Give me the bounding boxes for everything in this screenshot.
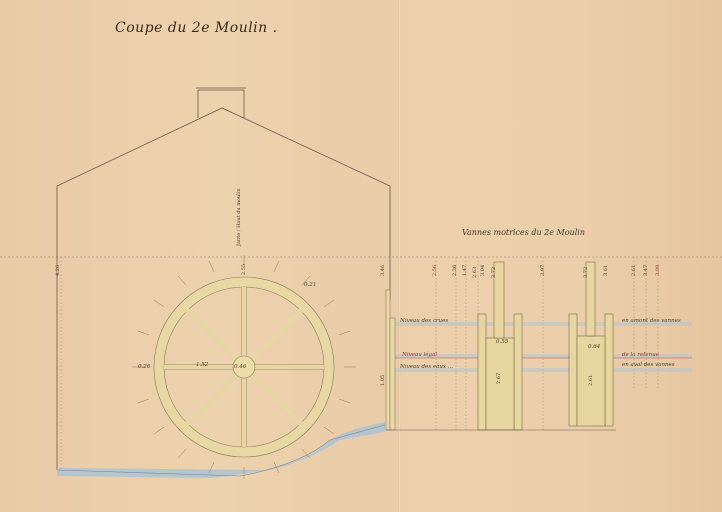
label-right-upstream: en amont des vannes [622,318,681,324]
top-tick-3: 2.63 [472,267,478,278]
rim-left-dim: 0.26 [138,364,150,370]
post-bottom-dim: 1.05 [380,375,386,386]
gate-1 [478,262,522,430]
top-tick-8: 3.47 [643,265,649,276]
hub-diameter: 0.46 [234,364,246,370]
left-wall-dim: 4.26 [55,265,61,276]
top-tick-1: 2.36 [452,265,458,276]
label-right-downstream: en aval des vannes [622,362,675,368]
wheel-top-dim: 2.55 [241,264,247,275]
drawing-sheet: Coupe du 2e Moulin . Vannes motrices du … [0,0,722,512]
mid-post-dim: 3.46 [380,265,386,276]
top-tick-0: 2.56 [432,265,438,276]
mill-building [57,88,390,470]
gate2-height-dim: 2.61 [588,375,594,386]
mill-section-drawing [0,0,722,512]
top-tick-9: 3.09 [655,265,661,276]
spoke-length: 1.52 [196,362,208,368]
gate2-top-dim: 3.72 [583,267,589,278]
label-legal: Niveau légal [402,352,437,358]
top-tick-7: 2.61 [631,265,637,276]
label-etiage: Niveau des eaux ... [400,364,453,370]
wheel-vertical-note: Jante / Haut du moulin [236,188,242,246]
gate2-inner-dim: 0.64 [588,344,600,350]
top-tick-2: 1.47 [462,265,468,276]
gate1-height-dim: 2.67 [496,373,502,384]
left-post [386,290,395,430]
gate1-top-dim: 3.72 [491,267,497,278]
diag-dim: 0.21 [304,282,316,288]
top-tick-6: 3.61 [603,265,609,276]
label-crue: Niveau des crues [400,318,448,324]
label-right-legal: de la retenue [622,352,659,358]
gate1-inner-dim: 0.55 [496,339,508,345]
top-tick-5: 3.97 [540,265,546,276]
top-tick-4: 3.04 [480,265,486,276]
